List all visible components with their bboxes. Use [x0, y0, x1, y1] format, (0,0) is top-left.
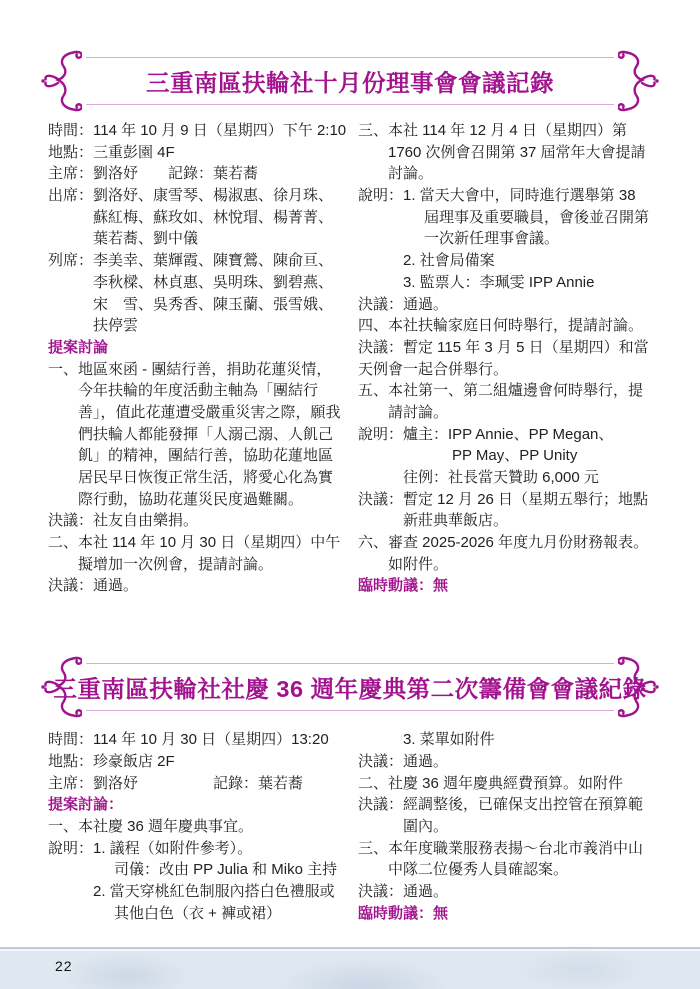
text-line: 決議：通過。: [358, 881, 660, 903]
text-line: 決議：通過。: [358, 294, 660, 316]
text-line: 2. 社會局備案: [358, 250, 660, 272]
text-line: 如附件。: [358, 554, 660, 576]
footer-band: 22: [0, 947, 700, 989]
text-line: 決議：經調整後，已確保支出控管在預算範: [358, 794, 660, 816]
text-line: 天例會一起合併舉行。: [358, 359, 660, 381]
text-line: 決議：暫定 12 月 26 日（星期五舉行；地點: [358, 489, 660, 511]
text-line: 一、本社慶 36 週年慶典事宜。: [48, 816, 350, 838]
accent-text-line: 臨時動議：無: [358, 575, 660, 597]
header-rule-top: [86, 663, 614, 664]
document-page: 三重南區扶輪社十月份理事會會議記錄 時間：114 年 10 月 9 日（星期四）…: [0, 0, 700, 989]
text-line: 主席：劉洛妤 記錄：葉若蕎: [48, 163, 350, 185]
text-line: 二、本社 114 年 10 月 30 日（星期四）中午: [48, 532, 350, 554]
text-line: 居民早日恢復正常生活，將愛心化為實: [48, 467, 350, 489]
text-line: 一、地區來函 - 團結行善，捐助花蓮災情，: [48, 359, 350, 381]
text-line: 飢」的精神，團結行善，協助花蓮地區: [48, 445, 350, 467]
section1-left-column: 時間：114 年 10 月 9 日（星期四）下午 2:10地點：三重彭園 4F主…: [48, 120, 350, 597]
text-line: 際行動，協助花蓮災民度過難關。: [48, 489, 350, 511]
flourish-ornament-left-icon: [38, 49, 82, 113]
text-line: 擬增加一次例會，提請討論。: [48, 554, 350, 576]
text-line: 五、本社第一、第二組爐邊會何時舉行，提: [358, 380, 660, 402]
text-line: 時間：114 年 10 月 30 日（星期四）13:20: [48, 729, 350, 751]
text-line: 1760 次例會召開第 37 屆常年大會提請: [358, 142, 660, 164]
text-line: 其他白色（衣 + 褲或裙）: [48, 903, 350, 925]
text-line: 說明：1. 議程（如附件參考）。: [48, 838, 350, 860]
text-line: 中隊二位優秀人員確認案。: [358, 859, 660, 881]
page-number: 22: [55, 958, 73, 974]
text-line: 地點：三重彭園 4F: [48, 142, 350, 164]
section2-left-column: 時間：114 年 10 月 30 日（星期四）13:20地點：珍豪飯店 2F主席…: [48, 729, 350, 924]
text-line: 屆理事及重要職員，會後並召開第: [358, 207, 660, 229]
text-line: 主席：劉洛妤 記錄：葉若蕎: [48, 773, 350, 795]
text-line: 三、本社 114 年 12 月 4 日（星期四）第: [358, 120, 660, 142]
text-line: 說明：1. 當天大會中，同時進行選舉第 38: [358, 185, 660, 207]
header-rule-bottom: [86, 710, 614, 711]
text-line: 二、社慶 36 週年慶典經費預算。如附件: [358, 773, 660, 795]
text-line: 一次新任理事會議。: [358, 228, 660, 250]
section1-header: 三重南區扶輪社十月份理事會會議記錄: [38, 48, 662, 114]
text-line: 3. 監票人：李珮雯 IPP Annie: [358, 272, 660, 294]
text-line: 決議：社友自由樂捐。: [48, 510, 350, 532]
section1-title: 三重南區扶輪社十月份理事會會議記錄: [146, 64, 554, 98]
header-rule-top: [86, 57, 614, 58]
text-line: PP May、PP Unity: [358, 445, 660, 467]
accent-text-line: 提案討論: [48, 337, 350, 359]
text-line: 葉若蕎、劉中儀: [48, 228, 350, 250]
text-line: 決議：暫定 115 年 3 月 5 日（星期四）和當: [358, 337, 660, 359]
text-line: 李秋樑、林貞惠、吳明珠、劉碧燕、: [48, 272, 350, 294]
section1-right-column: 三、本社 114 年 12 月 4 日（星期四）第1760 次例會召開第 37 …: [358, 120, 660, 597]
text-line: 請討論。: [358, 402, 660, 424]
text-line: 司儀：改由 PP Julia 和 Miko 主持: [48, 859, 350, 881]
text-line: 討論。: [358, 163, 660, 185]
accent-text-line: 提案討論：: [48, 794, 350, 816]
text-line: 說明：爐主：IPP Annie、PP Megan、: [358, 424, 660, 446]
text-line: 們扶輪人都能發揮「人溺己溺、人飢己: [48, 424, 350, 446]
text-line: 今年扶輪的年度活動主軸為「團結行: [48, 380, 350, 402]
section1-body: 時間：114 年 10 月 9 日（星期四）下午 2:10地點：三重彭園 4F主…: [48, 120, 660, 597]
section2-right-column: 3. 菜單如附件決議：通過。二、社慶 36 週年慶典經費預算。如附件決議：經調整…: [358, 729, 660, 924]
text-line: 圍內。: [358, 816, 660, 838]
text-line: 地點：珍豪飯店 2F: [48, 751, 350, 773]
text-line: 出席：劉洛妤、康雪琴、楊淑惠、徐月珠、: [48, 185, 350, 207]
text-line: 2. 當天穿桃紅色制服內搭白色禮服或: [48, 881, 350, 903]
text-line: 三、本年度職業服務表揚～台北市義消中山: [358, 838, 660, 860]
section2-body: 時間：114 年 10 月 30 日（星期四）13:20地點：珍豪飯店 2F主席…: [48, 729, 660, 924]
text-line: 新莊典華飯店。: [358, 510, 660, 532]
text-line: 六、審查 2025-2026 年度九月份財務報表。: [358, 532, 660, 554]
text-line: 往例：社長當天贊助 6,000 元: [358, 467, 660, 489]
text-line: 蘇紅梅、蘇玫如、林悅瑁、楊菁菁、: [48, 207, 350, 229]
section2-header: 三重南區扶輪社社慶 36 週年慶典第二次籌備會會議紀錄: [38, 654, 662, 720]
accent-text-line: 臨時動議：無: [358, 903, 660, 925]
header-rule-bottom: [86, 104, 614, 105]
flourish-ornament-right-icon: [618, 49, 662, 113]
text-line: 扶停雲: [48, 315, 350, 337]
text-line: 列席：李美幸、葉輝霞、陳寶鶯、陳俞亘、: [48, 250, 350, 272]
text-line: 決議：通過。: [358, 751, 660, 773]
top-margin: [0, 0, 700, 48]
text-line: 四、本社扶輪家庭日何時舉行，提請討論。: [358, 315, 660, 337]
text-line: 時間：114 年 10 月 9 日（星期四）下午 2:10: [48, 120, 350, 142]
text-line: 3. 菜單如附件: [358, 729, 660, 751]
text-line: 決議：通過。: [48, 575, 350, 597]
section2-title: 三重南區扶輪社社慶 36 週年慶典第二次籌備會會議紀錄: [53, 670, 646, 704]
text-line: 善」，值此花蓮遭受嚴重災害之際，願我: [48, 402, 350, 424]
text-line: 宋 雪、吳秀香、陳玉蘭、張雪娥、: [48, 294, 350, 316]
